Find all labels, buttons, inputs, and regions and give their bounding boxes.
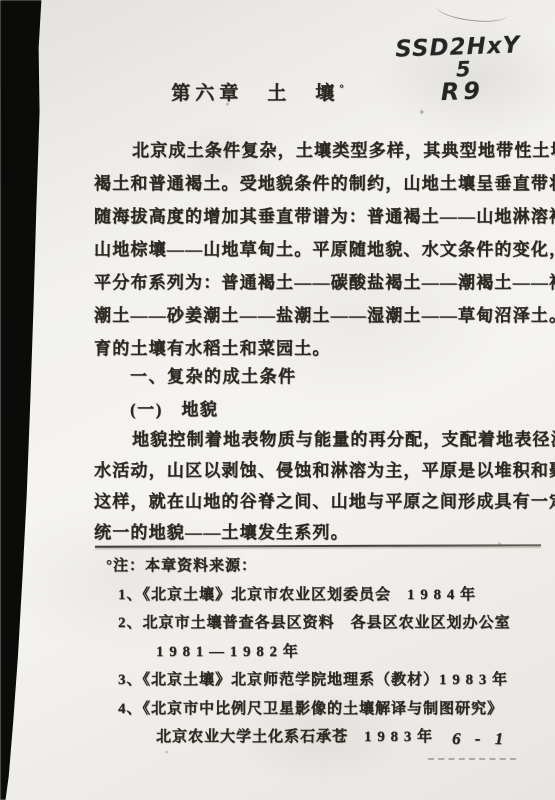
scan-dash-mark <box>428 758 516 760</box>
footnote-line: 2、北京市土壤普查各县区资料 各县区农业区划办公室 <box>106 609 546 638</box>
scanned-document-page: SSD2HxY 5 R9 第六章 土 壤° 北京成土条件复杂，土壤类型多样，其典… <box>0 0 555 800</box>
title-footnote-marker-icon: ° <box>339 83 343 95</box>
body-line: 育的土壤有水稻土和菜园土。 <box>94 332 549 365</box>
chapter-title: 第六章 土 壤° <box>0 78 515 105</box>
body-line: 北京成土条件复杂，土壤类型多样，其典型地带性土壤为典型 <box>94 134 549 167</box>
body-line: 水活动，山区以剥蚀、侵蚀和淋溶为主，平原是以堆积和聚积为主。 <box>94 455 549 486</box>
footnote-line: 1、《北京土壤》北京市农业区划委员会 1 9 8 4 年 <box>106 581 546 610</box>
body-line: 地貌控制着地表物质与能量的再分配，支配着地表径流与地下 <box>94 424 549 455</box>
footnote-header: °注：本章资料来源： <box>106 552 546 581</box>
body-line: 这样，就在山地的谷脊之间、山地与平原之间形成具有一定联系、 <box>94 486 549 517</box>
footnote-line: 1 9 8 1 — 1 9 8 2 年 <box>106 638 546 667</box>
section-heading: 一、复杂的成土条件 <box>130 362 297 387</box>
page-number: 6 - 1 <box>452 729 508 749</box>
paragraph-intro: 北京成土条件复杂，土壤类型多样，其典型地带性土壤为典型 褐土和普通褐土。受地貌条… <box>94 134 549 365</box>
body-line: 平分布系列为：普通褐土——碳酸盐褐土——潮褐土——褐潮土—— <box>94 266 549 299</box>
body-line: 随海拔高度的增加其垂直带谱为：普通褐土——山地淋溶褐土—— <box>94 200 549 233</box>
paragraph-landform: 地貌控制着地表物质与能量的再分配，支配着地表径流与地下 水活动，山区以剥蚀、侵蚀… <box>94 424 549 548</box>
scan-binding-shadow <box>0 0 46 800</box>
scan-scratch-mark <box>435 0 509 25</box>
chapter-title-text: 第六章 土 壤 <box>171 83 339 104</box>
body-line: 潮土——砂姜潮土——盐潮土——湿潮土——草甸沼泽土。人工培 <box>94 299 549 332</box>
subsection-heading: (一) 地貌 <box>130 395 218 420</box>
footnote-sources: °注：本章资料来源： 1、《北京土壤》北京市农业区划委员会 1 9 8 4 年 … <box>106 552 546 752</box>
footnote-line: 4、《北京市中比例尺卫星影像的土壤解译与制图研究》 <box>106 695 546 724</box>
body-line: 山地棕壤——山地草甸土。平原随地貌、水文条件的变化，土壤水 <box>94 233 549 266</box>
footnote-line: 3、《北京土壤》北京师范学院地理系（教材）1 9 8 3 年 <box>106 666 546 695</box>
body-line: 统一的地貌——土壤发生系列。 <box>94 517 549 548</box>
body-line: 褐土和普通褐土。受地貌条件的制约，山地土壤呈垂直带状分布， <box>94 167 549 200</box>
